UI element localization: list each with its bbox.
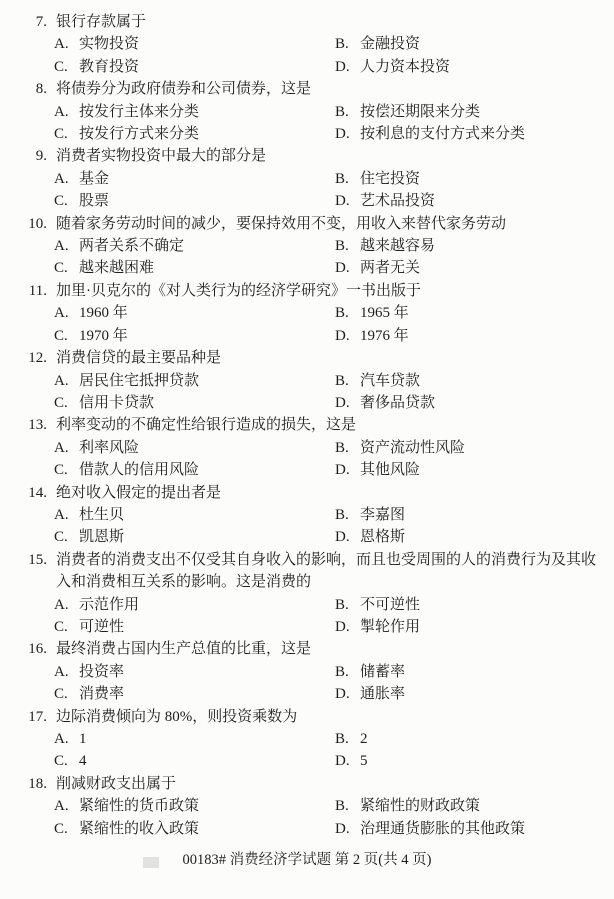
option-label: A. bbox=[54, 437, 79, 459]
option-label: C. bbox=[54, 56, 79, 78]
option-label: C. bbox=[54, 459, 79, 481]
options-grid: A.居民住宅抵押贷款B.汽车贷款C.信用卡贷款D.奢侈品贷款 bbox=[18, 370, 598, 415]
option: D.5 bbox=[335, 750, 598, 772]
option-text: 两者关系不确定 bbox=[79, 235, 184, 257]
option: B.住宅投资 bbox=[335, 168, 598, 190]
question-block: 7.银行存款属于 A.实物投资B.金融投资C.教育投资D.人力资本投资 bbox=[18, 11, 598, 78]
question-text-lines: 11.加里·贝克尔的《对人类行为的经济学研究》一书出版于 bbox=[18, 280, 598, 302]
option: C.按发行方式来分类 bbox=[54, 123, 335, 145]
question-text-lines: 7.银行存款属于 bbox=[18, 11, 598, 33]
question-block: 11.加里·贝克尔的《对人类行为的经济学研究》一书出版于 A.1960 年B.1… bbox=[18, 280, 598, 347]
option: C.消费率 bbox=[54, 683, 335, 705]
options-grid: A.利率风险B.资产流动性风险C.借款人的信用风险D.其他风险 bbox=[18, 437, 598, 482]
question-line: 9.消费者实物投资中最大的部分是 bbox=[18, 145, 598, 167]
question-text: 最终消费占国内生产总值的比重，这是 bbox=[56, 638, 311, 660]
option-text: 按发行方式来分类 bbox=[79, 123, 199, 145]
page-footer: 00183# 消费经济学试题 第 2 页(共 4 页) bbox=[0, 851, 614, 870]
option-label: A. bbox=[54, 504, 79, 526]
options-grid: A.按发行主体来分类B.按偿还期限来分类C.按发行方式来分类D.按利息的支付方式… bbox=[18, 101, 598, 146]
question-text-lines: 10.随着家务劳动时间的减少，要保持效用不变，用收入来替代家务劳动 bbox=[18, 213, 598, 235]
option-text: 不可逆性 bbox=[360, 594, 420, 616]
option: A.紧缩性的货币政策 bbox=[54, 795, 335, 817]
question-number: 15. bbox=[18, 549, 47, 571]
question-text: 边际消费倾向为 80%，则投资乘数为 bbox=[56, 706, 297, 728]
question-number: 16. bbox=[18, 638, 47, 660]
option: B.储蓄率 bbox=[335, 661, 598, 683]
question-number: 13. bbox=[18, 414, 47, 436]
option-label: C. bbox=[54, 750, 79, 772]
question-text: 消费者实物投资中最大的部分是 bbox=[56, 145, 266, 167]
option: D.恩格斯 bbox=[335, 526, 598, 548]
option: B.不可逆性 bbox=[335, 594, 598, 616]
option-label: A. bbox=[54, 168, 79, 190]
question-text-lines: 9.消费者实物投资中最大的部分是 bbox=[18, 145, 598, 167]
scan-artifact bbox=[143, 857, 159, 868]
option-text: 股票 bbox=[79, 190, 109, 212]
option-text: 基金 bbox=[79, 168, 109, 190]
option: A.杜生贝 bbox=[54, 504, 335, 526]
option-label: C. bbox=[54, 325, 79, 347]
option-label: B. bbox=[335, 33, 360, 55]
option-label: D. bbox=[335, 616, 360, 638]
option-label: A. bbox=[54, 33, 79, 55]
option-text: 李嘉图 bbox=[360, 504, 405, 526]
question-text: 加里·贝克尔的《对人类行为的经济学研究》一书出版于 bbox=[56, 280, 421, 302]
option-text: 两者无关 bbox=[360, 257, 420, 279]
option-text: 金融投资 bbox=[360, 33, 420, 55]
question-block: 12.消费信贷的最主要品种是 A.居民住宅抵押贷款B.汽车贷款C.信用卡贷款D.… bbox=[18, 347, 598, 414]
option-label: C. bbox=[54, 616, 79, 638]
option-label: B. bbox=[335, 661, 360, 683]
question-line: 12.消费信贷的最主要品种是 bbox=[18, 347, 598, 369]
option: D.人力资本投资 bbox=[335, 56, 598, 78]
option-text: 示范作用 bbox=[79, 594, 139, 616]
option-label: D. bbox=[335, 683, 360, 705]
option-text: 2 bbox=[360, 728, 368, 750]
option-label: D. bbox=[335, 325, 360, 347]
option: A.1 bbox=[54, 728, 335, 750]
question-line: 15.消费者的消费支出不仅受其自身收入的影响，而且也受周围的人的消费行为及其收 bbox=[18, 549, 598, 571]
option: B.李嘉图 bbox=[335, 504, 598, 526]
option-label: A. bbox=[54, 302, 79, 324]
option: B.按偿还期限来分类 bbox=[335, 101, 598, 123]
option-text: 1976 年 bbox=[360, 325, 409, 347]
option-text: 紧缩性的财政政策 bbox=[360, 795, 480, 817]
option-text: 恩格斯 bbox=[360, 526, 405, 548]
options-grid: A.实物投资B.金融投资C.教育投资D.人力资本投资 bbox=[18, 33, 598, 78]
option: B.汽车贷款 bbox=[335, 370, 598, 392]
question-text: 银行存款属于 bbox=[56, 11, 146, 33]
question-line: 16.最终消费占国内生产总值的比重，这是 bbox=[18, 638, 598, 660]
option-label: C. bbox=[54, 190, 79, 212]
question-line: 11.加里·贝克尔的《对人类行为的经济学研究》一书出版于 bbox=[18, 280, 598, 302]
option: C.凯恩斯 bbox=[54, 526, 335, 548]
option-label: C. bbox=[54, 526, 79, 548]
option-text: 4 bbox=[79, 750, 87, 772]
options-grid: A.1B.2C.4D.5 bbox=[18, 728, 598, 773]
option-label: B. bbox=[335, 504, 360, 526]
options-grid: A.两者关系不确定B.越来越容易C.越来越困难D.两者无关 bbox=[18, 235, 598, 280]
option: C.信用卡贷款 bbox=[54, 392, 335, 414]
option-text: 治理通货膨胀的其他政策 bbox=[360, 818, 525, 840]
question-block: 14.绝对收入假定的提出者是 A.杜生贝B.李嘉图C.凯恩斯D.恩格斯 bbox=[18, 482, 598, 549]
option: A.基金 bbox=[54, 168, 335, 190]
option-text: 杜生贝 bbox=[79, 504, 124, 526]
question-line: 17.边际消费倾向为 80%，则投资乘数为 bbox=[18, 706, 598, 728]
option-label: D. bbox=[335, 123, 360, 145]
option: A.投资率 bbox=[54, 661, 335, 683]
question-line: 13.利率变动的不确定性给银行造成的损失，这是 bbox=[18, 414, 598, 436]
option-text: 5 bbox=[360, 750, 368, 772]
option-text: 资产流动性风险 bbox=[360, 437, 465, 459]
option-text: 越来越容易 bbox=[360, 235, 435, 257]
option-text: 按偿还期限来分类 bbox=[360, 101, 480, 123]
option-text: 人力资本投资 bbox=[360, 56, 450, 78]
question-text-lines: 18.削减财政支出属于 bbox=[18, 773, 598, 795]
question-line: 8.将债券分为政府债券和公司债券，这是 bbox=[18, 78, 598, 100]
question-block: 8.将债券分为政府债券和公司债券，这是 A.按发行主体来分类B.按偿还期限来分类… bbox=[18, 78, 598, 145]
option-text: 投资率 bbox=[79, 661, 124, 683]
option-label: C. bbox=[54, 257, 79, 279]
options-grid: A.示范作用B.不可逆性C.可逆性D.掣轮作用 bbox=[18, 594, 598, 639]
option-label: D. bbox=[335, 257, 360, 279]
option: A.利率风险 bbox=[54, 437, 335, 459]
option-label: D. bbox=[335, 818, 360, 840]
option-label: B. bbox=[335, 437, 360, 459]
option: B.资产流动性风险 bbox=[335, 437, 598, 459]
option-text: 实物投资 bbox=[79, 33, 139, 55]
question-number: 10. bbox=[18, 213, 47, 235]
option-label: B. bbox=[335, 168, 360, 190]
option: B.越来越容易 bbox=[335, 235, 598, 257]
question-block: 16.最终消费占国内生产总值的比重，这是 A.投资率B.储蓄率C.消费率D.通胀… bbox=[18, 638, 598, 705]
question-line: 14.绝对收入假定的提出者是 bbox=[18, 482, 598, 504]
option-text: 消费率 bbox=[79, 683, 124, 705]
option: A.示范作用 bbox=[54, 594, 335, 616]
footer-text: 00183# 消费经济学试题 第 2 页(共 4 页) bbox=[183, 852, 432, 868]
option-label: A. bbox=[54, 728, 79, 750]
question-block: 13.利率变动的不确定性给银行造成的损失，这是 A.利率风险B.资产流动性风险C… bbox=[18, 414, 598, 481]
option: D.治理通货膨胀的其他政策 bbox=[335, 818, 598, 840]
option-text: 艺术品投资 bbox=[360, 190, 435, 212]
option-label: A. bbox=[54, 370, 79, 392]
question-text: 利率变动的不确定性给银行造成的损失，这是 bbox=[56, 414, 356, 436]
option: A.两者关系不确定 bbox=[54, 235, 335, 257]
question-text-lines: 14.绝对收入假定的提出者是 bbox=[18, 482, 598, 504]
question-text-lines: 13.利率变动的不确定性给银行造成的损失，这是 bbox=[18, 414, 598, 436]
question-text-lines: 16.最终消费占国内生产总值的比重，这是 bbox=[18, 638, 598, 660]
question-block: 15.消费者的消费支出不仅受其自身收入的影响，而且也受周围的人的消费行为及其收入… bbox=[18, 549, 598, 639]
options-grid: A.紧缩性的货币政策B.紧缩性的财政政策C.紧缩性的收入政策D.治理通货膨胀的其… bbox=[18, 795, 598, 840]
question-number: 17. bbox=[18, 706, 47, 728]
question-number: 18. bbox=[18, 773, 47, 795]
exam-paper-page: 7.银行存款属于 A.实物投资B.金融投资C.教育投资D.人力资本投资 8.将债… bbox=[0, 0, 614, 899]
option-text: 1960 年 bbox=[79, 302, 128, 324]
option-label: D. bbox=[335, 459, 360, 481]
question-text-lines: 12.消费信贷的最主要品种是 bbox=[18, 347, 598, 369]
option: D.其他风险 bbox=[335, 459, 598, 481]
option-label: B. bbox=[335, 728, 360, 750]
option-label: B. bbox=[335, 594, 360, 616]
option: C.借款人的信用风险 bbox=[54, 459, 335, 481]
option-text: 信用卡贷款 bbox=[79, 392, 154, 414]
option: A.实物投资 bbox=[54, 33, 335, 55]
option: C.教育投资 bbox=[54, 56, 335, 78]
option: A.居民住宅抵押贷款 bbox=[54, 370, 335, 392]
option: B.金融投资 bbox=[335, 33, 598, 55]
option: C.可逆性 bbox=[54, 616, 335, 638]
question-text: 消费信贷的最主要品种是 bbox=[56, 347, 221, 369]
options-grid: A.1960 年B.1965 年C.1970 年D.1976 年 bbox=[18, 302, 598, 347]
option-text: 居民住宅抵押贷款 bbox=[79, 370, 199, 392]
question-number: 11. bbox=[18, 280, 47, 302]
question-number: 7. bbox=[18, 11, 47, 33]
option-text: 其他风险 bbox=[360, 459, 420, 481]
option-text: 按利息的支付方式来分类 bbox=[360, 123, 525, 145]
option-text: 1970 年 bbox=[79, 325, 128, 347]
option: C.4 bbox=[54, 750, 335, 772]
option-label: B. bbox=[335, 302, 360, 324]
question-block: 9.消费者实物投资中最大的部分是 A.基金B.住宅投资C.股票D.艺术品投资 bbox=[18, 145, 598, 212]
option-label: C. bbox=[54, 818, 79, 840]
option-text: 奢侈品贷款 bbox=[360, 392, 435, 414]
option: D.两者无关 bbox=[335, 257, 598, 279]
option: C.紧缩性的收入政策 bbox=[54, 818, 335, 840]
option: B.1965 年 bbox=[335, 302, 598, 324]
option-label: D. bbox=[335, 750, 360, 772]
option-label: A. bbox=[54, 235, 79, 257]
question-number: 8. bbox=[18, 78, 47, 100]
option: D.按利息的支付方式来分类 bbox=[335, 123, 598, 145]
question-block: 17.边际消费倾向为 80%，则投资乘数为 A.1B.2C.4D.5 bbox=[18, 706, 598, 773]
option: D.1976 年 bbox=[335, 325, 598, 347]
option-text: 通胀率 bbox=[360, 683, 405, 705]
option-label: B. bbox=[335, 235, 360, 257]
option: C.1970 年 bbox=[54, 325, 335, 347]
option-text: 紧缩性的货币政策 bbox=[79, 795, 199, 817]
options-grid: A.杜生贝B.李嘉图C.凯恩斯D.恩格斯 bbox=[18, 504, 598, 549]
options-grid: A.基金B.住宅投资C.股票D.艺术品投资 bbox=[18, 168, 598, 213]
option: C.越来越困难 bbox=[54, 257, 335, 279]
question-line: 18.削减财政支出属于 bbox=[18, 773, 598, 795]
option-label: A. bbox=[54, 795, 79, 817]
option-text: 紧缩性的收入政策 bbox=[79, 818, 199, 840]
option: B.2 bbox=[335, 728, 598, 750]
question-list: 7.银行存款属于 A.实物投资B.金融投资C.教育投资D.人力资本投资 8.将债… bbox=[18, 11, 598, 840]
option-label: D. bbox=[335, 56, 360, 78]
option-text: 教育投资 bbox=[79, 56, 139, 78]
option: A.按发行主体来分类 bbox=[54, 101, 335, 123]
option: A.1960 年 bbox=[54, 302, 335, 324]
options-grid: A.投资率B.储蓄率C.消费率D.通胀率 bbox=[18, 661, 598, 706]
option: B.紧缩性的财政政策 bbox=[335, 795, 598, 817]
option-text: 掣轮作用 bbox=[360, 616, 420, 638]
option-label: C. bbox=[54, 123, 79, 145]
option-text: 可逆性 bbox=[79, 616, 124, 638]
question-text: 绝对收入假定的提出者是 bbox=[56, 482, 221, 504]
question-number: 9. bbox=[18, 145, 47, 167]
option-label: A. bbox=[54, 661, 79, 683]
question-line: 7.银行存款属于 bbox=[18, 11, 598, 33]
option-label: C. bbox=[54, 392, 79, 414]
question-text: 随着家务劳动时间的减少，要保持效用不变，用收入来替代家务劳动 bbox=[56, 213, 506, 235]
option: D.艺术品投资 bbox=[335, 190, 598, 212]
option-label: C. bbox=[54, 683, 79, 705]
question-text: 消费者的消费支出不仅受其自身收入的影响，而且也受周围的人的消费行为及其收 bbox=[56, 549, 596, 571]
option: C.股票 bbox=[54, 190, 335, 212]
option-label: B. bbox=[335, 370, 360, 392]
option-text: 1 bbox=[79, 728, 87, 750]
option-text: 储蓄率 bbox=[360, 661, 405, 683]
option-label: B. bbox=[335, 101, 360, 123]
option-text: 利率风险 bbox=[79, 437, 139, 459]
option-label: D. bbox=[335, 392, 360, 414]
option-label: A. bbox=[54, 594, 79, 616]
option-label: D. bbox=[335, 190, 360, 212]
option-label: D. bbox=[335, 526, 360, 548]
question-text-lines: 17.边际消费倾向为 80%，则投资乘数为 bbox=[18, 706, 598, 728]
option-text: 住宅投资 bbox=[360, 168, 420, 190]
question-number: 14. bbox=[18, 482, 47, 504]
option-text: 越来越困难 bbox=[79, 257, 154, 279]
question-text-lines: 15.消费者的消费支出不仅受其自身收入的影响，而且也受周围的人的消费行为及其收入… bbox=[18, 549, 598, 594]
question-line: 入和消费相互关系的影响。这是消费的 bbox=[18, 571, 598, 593]
option-label: A. bbox=[54, 101, 79, 123]
option-text: 借款人的信用风险 bbox=[79, 459, 199, 481]
option-label: B. bbox=[335, 795, 360, 817]
question-number: 12. bbox=[18, 347, 47, 369]
question-block: 18.削减财政支出属于 A.紧缩性的货币政策B.紧缩性的财政政策C.紧缩性的收入… bbox=[18, 773, 598, 840]
option-text: 按发行主体来分类 bbox=[79, 101, 199, 123]
option-text: 凯恩斯 bbox=[79, 526, 124, 548]
question-text: 入和消费相互关系的影响。这是消费的 bbox=[56, 571, 311, 593]
option: D.奢侈品贷款 bbox=[335, 392, 598, 414]
question-text: 削减财政支出属于 bbox=[56, 773, 176, 795]
option: D.通胀率 bbox=[335, 683, 598, 705]
question-text: 将债券分为政府债券和公司债券，这是 bbox=[56, 78, 311, 100]
option-text: 1965 年 bbox=[360, 302, 409, 324]
question-text-lines: 8.将债券分为政府债券和公司债券，这是 bbox=[18, 78, 598, 100]
option-text: 汽车贷款 bbox=[360, 370, 420, 392]
question-block: 10.随着家务劳动时间的减少，要保持效用不变，用收入来替代家务劳动 A.两者关系… bbox=[18, 213, 598, 280]
question-line: 10.随着家务劳动时间的减少，要保持效用不变，用收入来替代家务劳动 bbox=[18, 213, 598, 235]
option: D.掣轮作用 bbox=[335, 616, 598, 638]
